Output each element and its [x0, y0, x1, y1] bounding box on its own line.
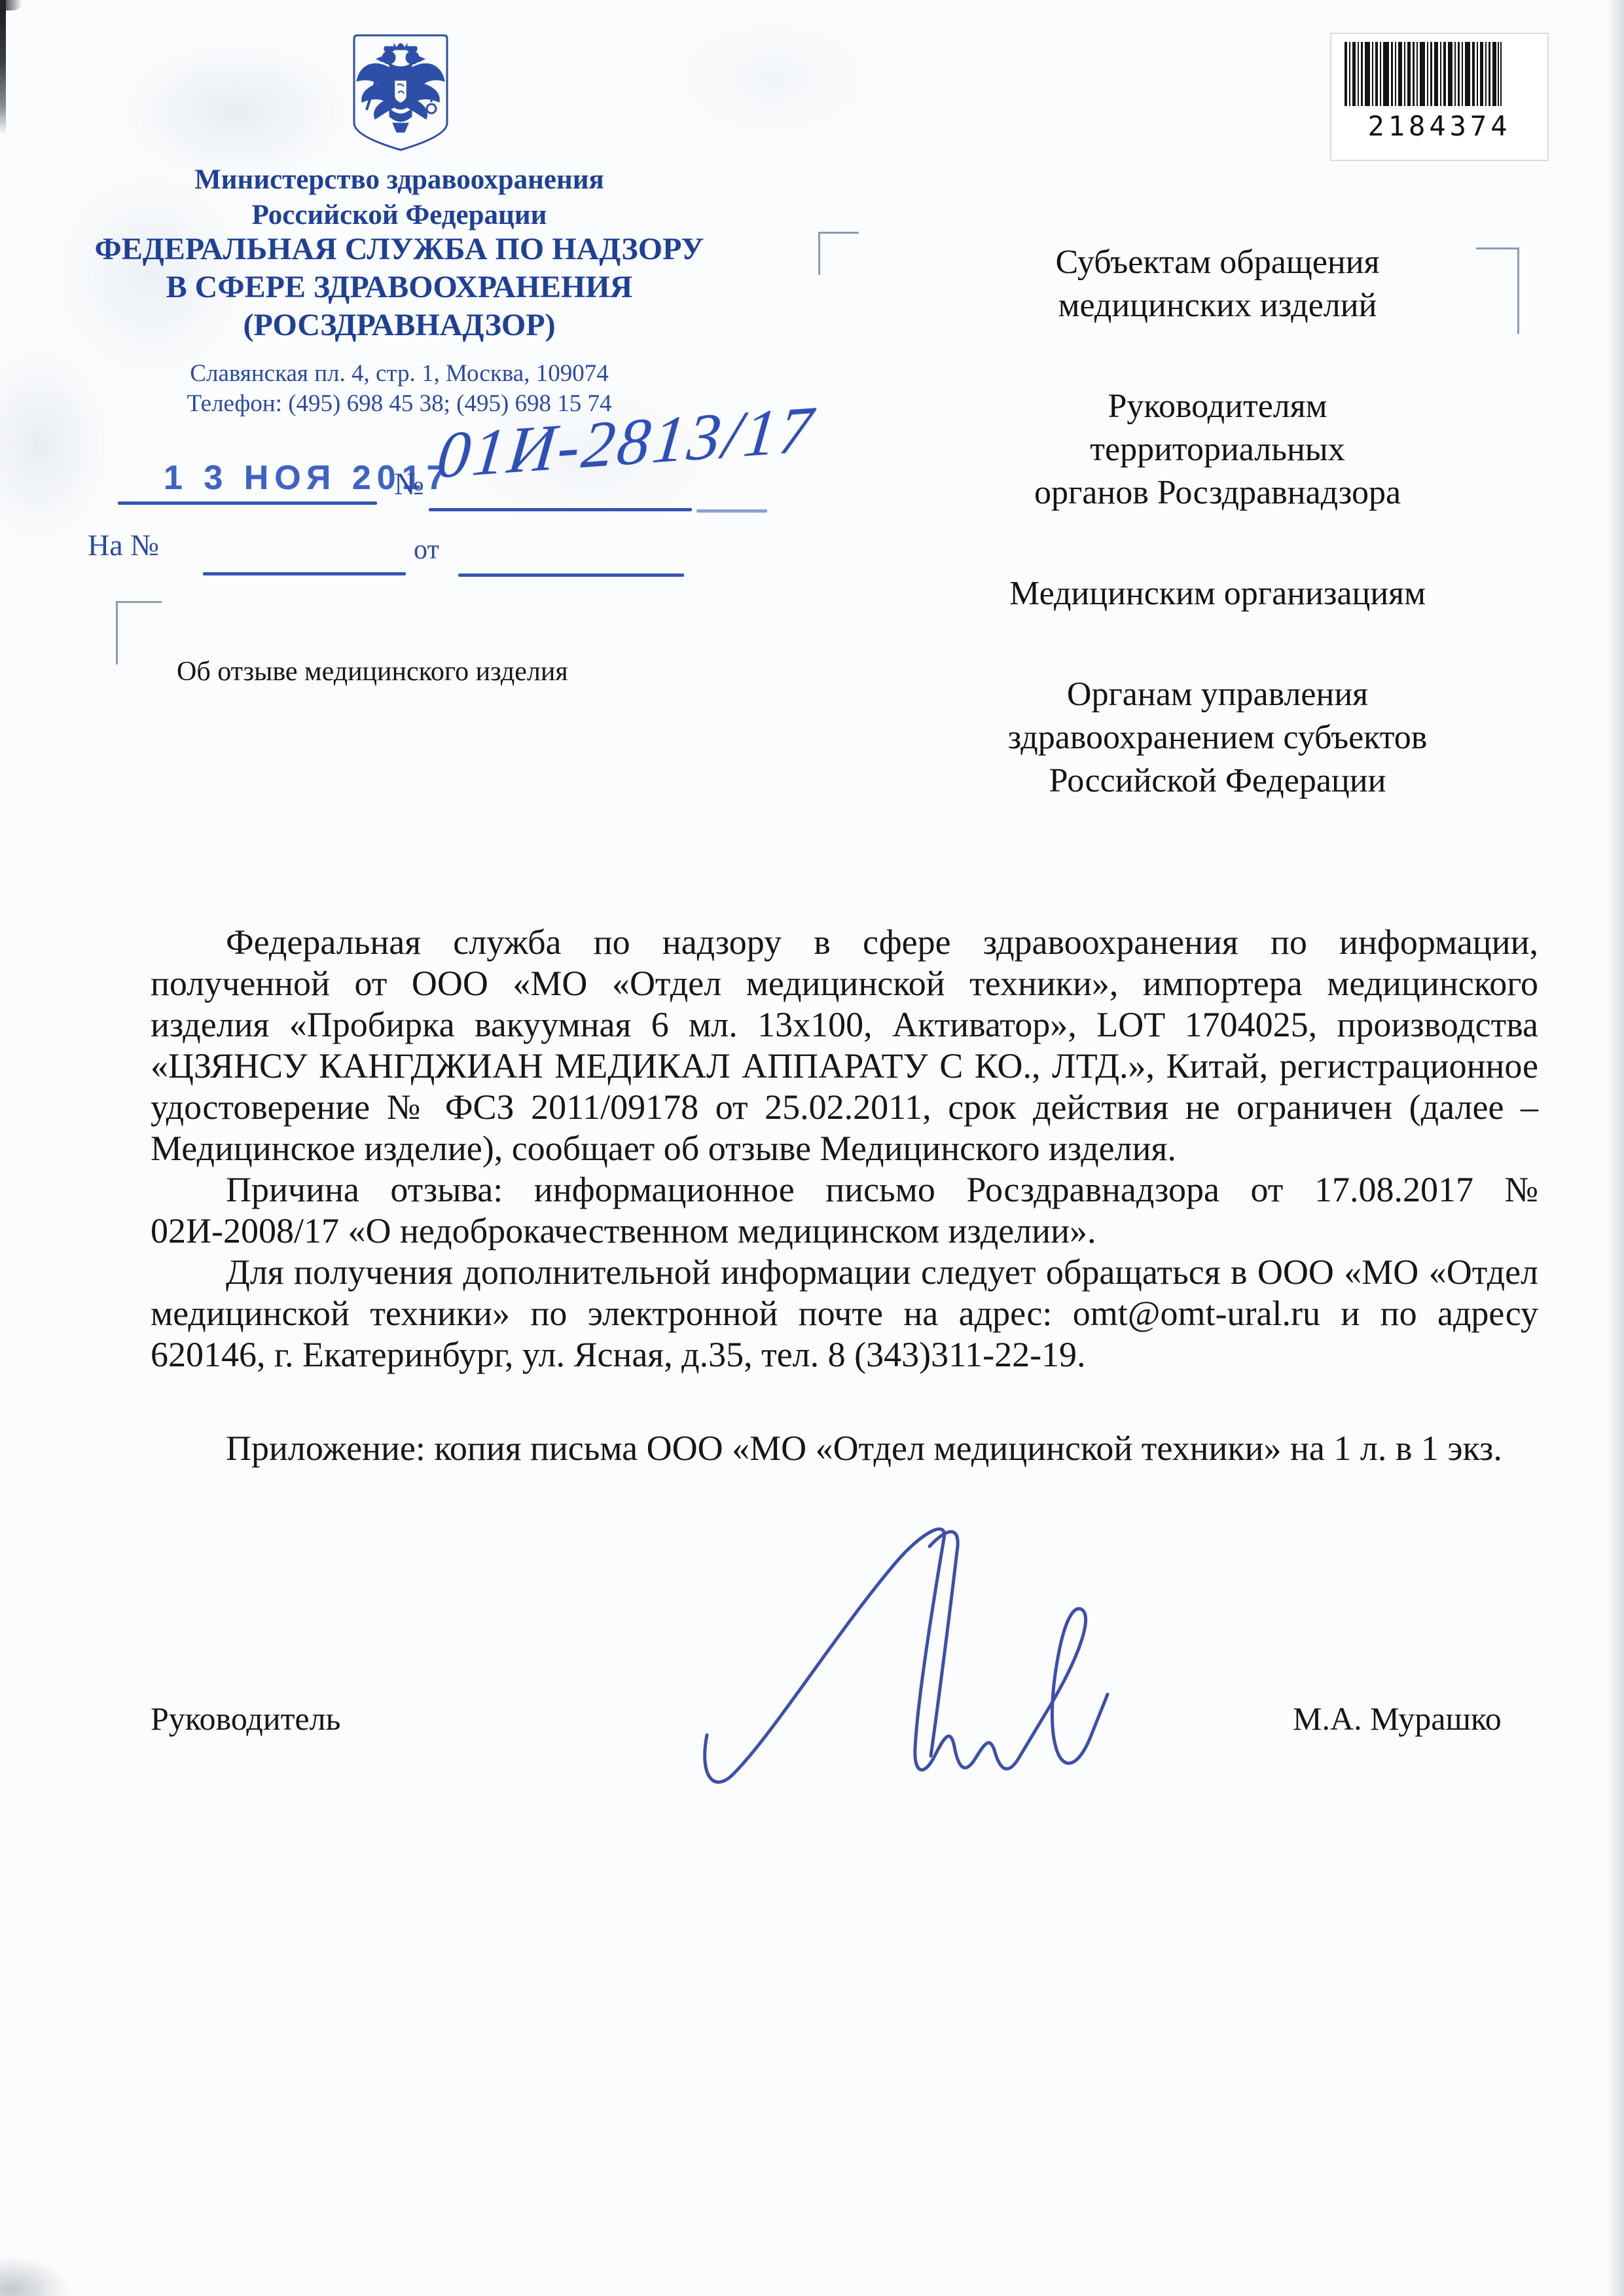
scanned-letter-page: Министерство здравоохранения Российской …: [0, 0, 1624, 2296]
in-reply-from-underline: [458, 574, 684, 577]
signature-ink: [622, 1499, 1159, 1813]
signer-name: М.А. Мурашко: [1293, 1700, 1542, 1738]
in-reply-to-label: На №: [88, 528, 159, 562]
attachment-paragraph: Приложение: копия письма ООО «МО «Отдел …: [151, 1428, 1538, 1469]
addressee-block: Медицинским организациям: [916, 572, 1519, 615]
number-underline: [429, 508, 692, 511]
ministry-line2: Российской Федерации: [56, 198, 743, 233]
in-reply-from-label: от: [414, 534, 439, 566]
addressee-block: Органам управленияздравоохранением субъе…: [916, 673, 1519, 803]
ministry-name: Министерство здравоохранения Российской …: [56, 162, 743, 233]
number-underline-faint: [696, 509, 767, 513]
body-paragraph: Причина отзыва: информационное письмо Ро…: [151, 1169, 1538, 1252]
postal-address: Славянская пл. 4, стр. 1, Москва, 109074: [56, 359, 743, 389]
body-paragraph: Для получения дополнительной информации …: [151, 1252, 1538, 1376]
addressee-block: Субъектам обращениямедицинских изделий: [916, 241, 1519, 327]
body-paragraph: Федеральная служба по надзору в сфере зд…: [151, 922, 1538, 1169]
barcode-icon: [1344, 42, 1502, 106]
addressee-block: Руководителямтерриториальныхорганов Росз…: [916, 385, 1519, 515]
scan-edge-artifact: [0, 0, 6, 134]
ministry-line1: Министерство здравоохранения: [56, 162, 743, 198]
subject-line: Об отзыве медицинского изделия: [177, 656, 568, 687]
number-sign-label: №: [394, 466, 424, 502]
coat-of-arms-icon: [348, 30, 453, 155]
service-line1: ФЕДЕРАЛЬНАЯ СЛУЖБА ПО НАДЗОРУ: [56, 230, 743, 268]
service-name: ФЕДЕРАЛЬНАЯ СЛУЖБА ПО НАДЗОРУ В СФЕРЕ ЗД…: [56, 230, 743, 344]
scan-corner-smudge: [0, 2236, 111, 2296]
addressee-list: Субъектам обращениямедицинских изделийРу…: [916, 241, 1519, 860]
service-line2: В СФЕРЕ ЗДРАВООХРАНЕНИЯ: [56, 268, 743, 306]
scan-edge-artifact: [1607, 0, 1624, 2296]
scan-edge-artifact: [0, 0, 22, 10]
date-underline: [118, 501, 377, 505]
in-reply-underline: [203, 572, 406, 575]
barcode: 2184374: [1330, 33, 1549, 161]
letter-body: Федеральная служба по надзору в сфере зд…: [151, 922, 1538, 1469]
service-line3: (РОСЗДРАВНАДЗОР): [56, 306, 743, 344]
signer-title: Руководитель: [151, 1700, 340, 1738]
barcode-number: 2184374: [1331, 110, 1547, 142]
